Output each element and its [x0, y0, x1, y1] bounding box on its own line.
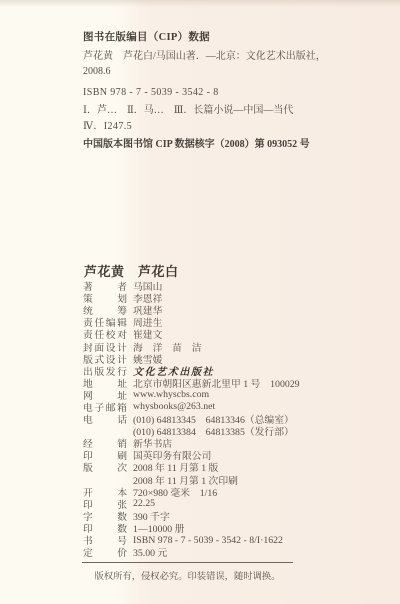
row-value: ISBN 978 - 7 - 5039 - 3542 - 8/I·1622	[133, 535, 283, 546]
row-value: www.whyscbs.com	[133, 389, 209, 400]
cip-line: 中国版本图书馆 CIP 数据核字（2008）第 093052 号	[83, 139, 326, 151]
cip-lines: 芦花黄 芦花白/马国山著．—北京：文化艺术出版社，2008.6ISBN 978 …	[83, 51, 326, 150]
cip-line: 2008.6	[83, 66, 326, 78]
colophon-row: 定价35.00 元	[83, 546, 393, 558]
copyright-notice: 版权所有，侵权必究。印装错误，随时调换。	[82, 568, 293, 582]
colophon-row: 字数390 千字	[83, 510, 393, 522]
colophon-row: 封面设计海 洋 苗 洁	[83, 340, 393, 352]
cip-line: ISBN 978 - 7 - 5039 - 3542 - 8	[83, 87, 326, 99]
colophon-row: 统筹巩建华	[83, 304, 393, 316]
colophon-row: 版式设计姚雪媛	[83, 353, 393, 365]
colophon-row: 著者马国山	[83, 280, 393, 292]
row-value: 1—10000 册	[133, 521, 184, 535]
footer-divider	[82, 562, 293, 563]
colophon-row: 责任编辑周进生	[83, 316, 393, 328]
row-value: 北京市朝阳区惠新北里甲 1 号 100029	[133, 376, 300, 390]
colophon-row: 2008 年 11 月第 1 次印刷	[83, 474, 393, 486]
colophon-row: 版次2008 年 11 月第 1 版	[83, 461, 393, 473]
row-label: 电话	[83, 412, 127, 426]
colophon-row: 经销新华书店	[83, 437, 393, 449]
colophon-row: (010) 64813384 64813385（发行部）	[83, 425, 393, 437]
row-label: 版次	[83, 460, 127, 474]
cip-line: Ⅳ．I247.5	[83, 121, 326, 133]
row-label: 定价	[83, 545, 127, 559]
row-value: whysbooks@263.net	[133, 401, 215, 412]
colophon-row: 责任校对崔建文	[83, 328, 393, 340]
colophon-row: 印数1—10000 册	[83, 522, 393, 534]
book-title: 芦花黄 芦花白	[84, 261, 179, 280]
book-copyright-page: 图书在版编目（CIP）数据 芦花黄 芦花白/马国山著．—北京：文化艺术出版社，2…	[0, 0, 400, 604]
colophon-row: 网址www.whyscbs.com	[83, 389, 393, 401]
colophon-row: 书号ISBN 978 - 7 - 5039 - 3542 - 8/I·1622	[83, 534, 393, 546]
row-value: 720×980 毫米 1/16	[133, 485, 217, 499]
colophon-row: 策划李恩祥	[83, 292, 393, 304]
colophon-row: 开本720×980 毫米 1/16	[83, 486, 393, 498]
colophon-rows: 著者马国山策划李恩祥统筹巩建华责任编辑周进生责任校对崔建文封面设计海 洋 苗 洁…	[83, 280, 393, 558]
cip-heading: 图书在版编目（CIP）数据	[83, 29, 210, 44]
cip-line: 芦花黄 芦花白/马国山著．—北京：文化艺术出版社，	[83, 51, 326, 63]
colophon-row: 印刷国英印务有限公司	[83, 449, 393, 461]
row-value: 22.25	[133, 498, 155, 509]
colophon-row: 地址北京市朝阳区惠新北里甲 1 号 100029	[83, 377, 393, 389]
colophon-row: 印张22.25	[83, 498, 393, 510]
row-value: 35.00 元	[133, 545, 167, 559]
cip-line: Ⅰ．芦… Ⅱ．马… Ⅲ．长篇小说—中国—当代	[83, 105, 326, 117]
